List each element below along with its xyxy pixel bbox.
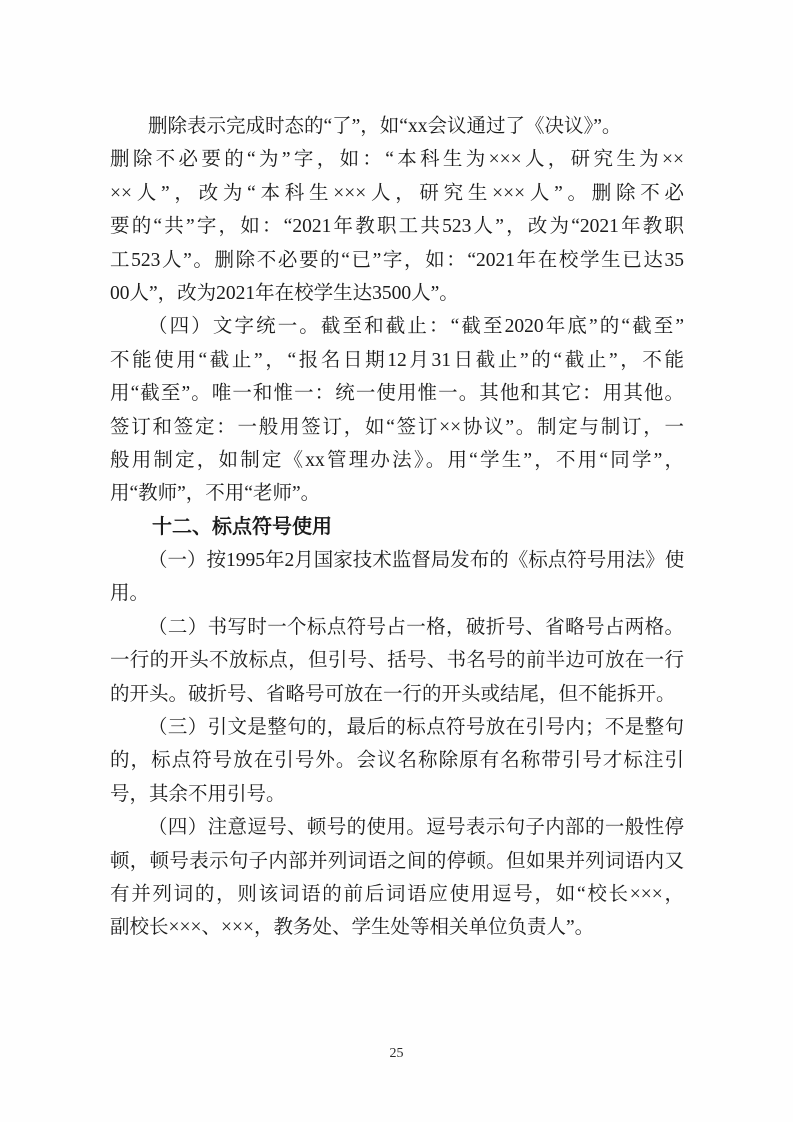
text-line: 般用制定，如制定《xx管理办法》。用“学生”，不用“同学”，	[110, 444, 684, 477]
text-line: 00人”，改为2021年在校学生达3500人”。	[110, 277, 684, 310]
section-heading-12: 十二、标点符号使用	[110, 511, 684, 544]
text-line: 副校长×××、×××，教务处、学生处等相关单位负责人”。	[110, 911, 684, 944]
page-number: 25	[0, 1046, 793, 1062]
text-line: 顿，顿号表示句子内部并列词语之间的停顿。但如果并列词语内又	[110, 845, 684, 878]
paragraph-deletions: 删除表示完成时态的“了”，如“xx会议通过了《决议》”。 删除不必要的“为”字，…	[110, 110, 684, 310]
text-line: 删除不必要的“为”字，如：“本科生为×××人，研究生为××	[110, 143, 684, 176]
text-line: （三）引文是整句的，最后的标点符号放在引号内；不是整句	[110, 711, 684, 744]
document-page: 删除表示完成时态的“了”，如“xx会议通过了《决议》”。 删除不必要的“为”字，…	[0, 0, 793, 1122]
text-line: 的开头。破折号、省略号可放在一行的开头或结尾，但不能拆开。	[110, 678, 684, 711]
text-line: 用“教师”，不用“老师”。	[110, 477, 684, 510]
text-line: 工523人”。删除不必要的“已”字，如：“2021年在校学生已达35	[110, 244, 684, 277]
text-line: （一）按1995年2月国家技术监督局发布的《标点符号用法》使	[110, 544, 684, 577]
text-line: 号，其余不用引号。	[110, 778, 684, 811]
text-line: 用。	[110, 577, 684, 610]
text-line: 有并列词的，则该词语的前后词语应使用逗号，如“校长×××，	[110, 878, 684, 911]
text-line: （二）书写时一个标点符号占一格，破折号、省略号占两格。	[110, 611, 684, 644]
text-line: 的，标点符号放在引号外。会议名称除原有名称带引号才标注引	[110, 744, 684, 777]
paragraph-punctuation-rule-4: （四）注意逗号、顿号的使用。逗号表示句子内部的一般性停 顿，顿号表示句子内部并列…	[110, 811, 684, 945]
text-line: （四）文字统一。截至和截止：“截至2020年底”的“截至”	[110, 310, 684, 343]
text-line: 不能使用“截止”，“报名日期12月31日截止”的“截止”，不能	[110, 344, 684, 377]
text-line: ××人”，改为“本科生×××人，研究生×××人”。删除不必	[110, 177, 684, 210]
section-title: 十二、标点符号使用	[110, 511, 684, 544]
text-line: 一行的开头不放标点，但引号、括号、书名号的前半边可放在一行	[110, 644, 684, 677]
paragraph-word-unification: （四）文字统一。截至和截止：“截至2020年底”的“截至” 不能使用“截止”，“…	[110, 310, 684, 510]
document-body: 删除表示完成时态的“了”，如“xx会议通过了《决议》”。 删除不必要的“为”字，…	[110, 110, 684, 945]
paragraph-punctuation-rule-3: （三）引文是整句的，最后的标点符号放在引号内；不是整句 的，标点符号放在引号外。…	[110, 711, 684, 811]
text-line: 用“截至”。唯一和惟一：统一使用惟一。其他和其它：用其他。	[110, 377, 684, 410]
text-line: 删除表示完成时态的“了”，如“xx会议通过了《决议》”。	[110, 110, 684, 143]
paragraph-punctuation-rule-2: （二）书写时一个标点符号占一格，破折号、省略号占两格。 一行的开头不放标点，但引…	[110, 611, 684, 711]
text-line: 签订和签定：一般用签订，如“签订××协议”。制定与制订，一	[110, 411, 684, 444]
text-line: （四）注意逗号、顿号的使用。逗号表示句子内部的一般性停	[110, 811, 684, 844]
text-line: 要的“共”字，如：“2021年教职工共523人”，改为“2021年教职	[110, 210, 684, 243]
paragraph-punctuation-rule-1: （一）按1995年2月国家技术监督局发布的《标点符号用法》使 用。	[110, 544, 684, 611]
